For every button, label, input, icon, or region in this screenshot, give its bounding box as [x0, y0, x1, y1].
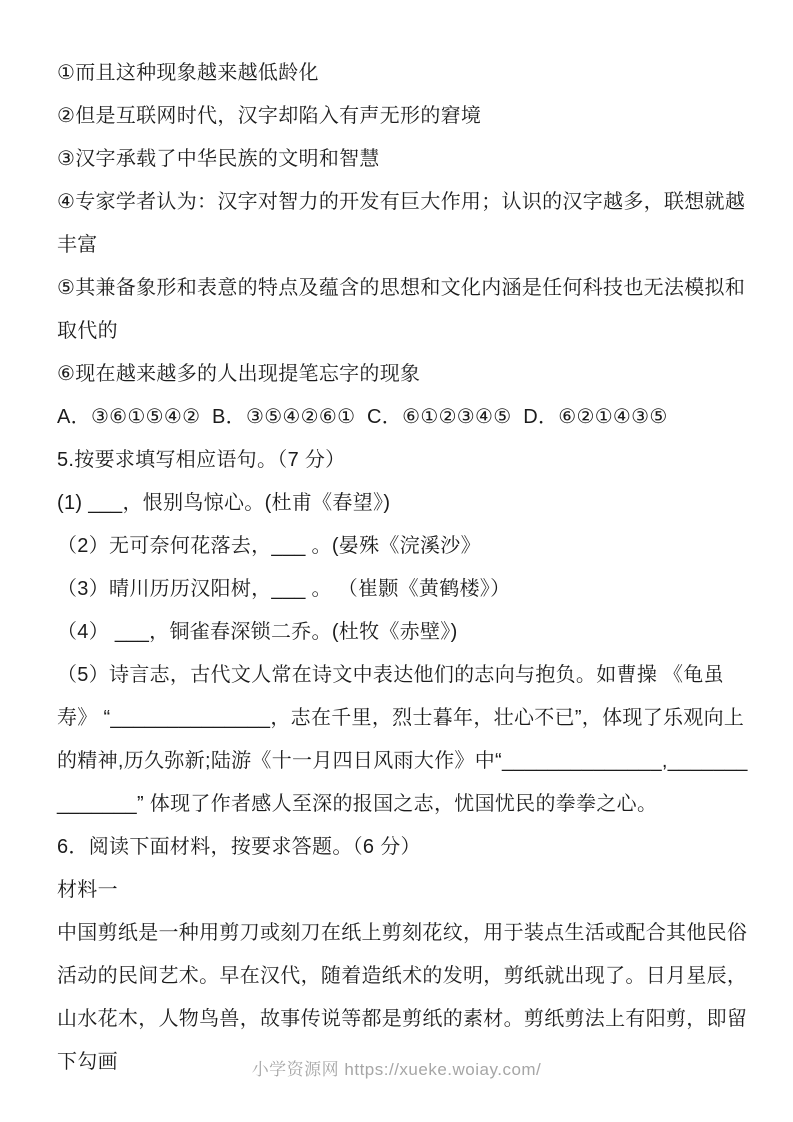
exam-paper-page: ①而且这种现象越来越低龄化 ②但是互联网时代，汉字却陷入有声无形的窘境 ③汉字承…: [0, 0, 793, 1122]
sentence-item-3: ③汉字承载了中华民族的文明和智慧: [57, 138, 749, 181]
document-content: ①而且这种现象越来越低龄化 ②但是互联网时代，汉字却陷入有声无形的窘境 ③汉字承…: [57, 52, 749, 1084]
question-6-title: 6．阅读下面材料，按要求答题。（6 分）: [57, 826, 749, 869]
question-5-item-1: (1) ___，恨别鸟惊心。(杜甫《春望》): [57, 482, 749, 525]
footer-site-text: 小学资源网 https://xueke.woiay.com/: [252, 1060, 542, 1079]
sentence-item-5: ⑤其兼备象形和表意的特点及蕴含的思想和文化内涵是任何科技也无法模拟和取代的: [57, 267, 749, 353]
sentence-item-6: ⑥现在越来越多的人出现提笔忘字的现象: [57, 353, 749, 396]
question-5-item-4: （4） ___，铜雀春深锁二乔。(杜牧《赤壁》): [57, 611, 749, 654]
question-5-item-5: （5）诗言志，古代文人常在诗文中表达他们的志向与抱负。如曹操 《龟虽寿》 “__…: [57, 654, 749, 826]
sentence-item-2: ②但是互联网时代，汉字却陷入有声无形的窘境: [57, 95, 749, 138]
question-5-title: 5.按要求填写相应语句。（7 分）: [57, 439, 749, 482]
sentence-item-1: ①而且这种现象越来越低龄化: [57, 52, 749, 95]
material-one-label: 材料一: [57, 869, 749, 912]
choices-line: A．③⑥①⑤④② B．③⑤④②⑥① C．⑥①②③④⑤ D．⑥②①④③⑤: [57, 396, 749, 439]
sentence-item-4: ④专家学者认为：汉字对智力的开发有巨大作用；认识的汉字越多，联想就越丰富: [57, 181, 749, 267]
footer-watermark: 小学资源网 https://xueke.woiay.com/: [0, 1057, 793, 1083]
question-5-item-2: （2）无可奈何花落去，___ 。(晏殊《浣溪沙》: [57, 525, 749, 568]
question-5-item-3: （3）晴川历历汉阳树，___ 。 （崔颢《黄鹤楼》）: [57, 568, 749, 611]
